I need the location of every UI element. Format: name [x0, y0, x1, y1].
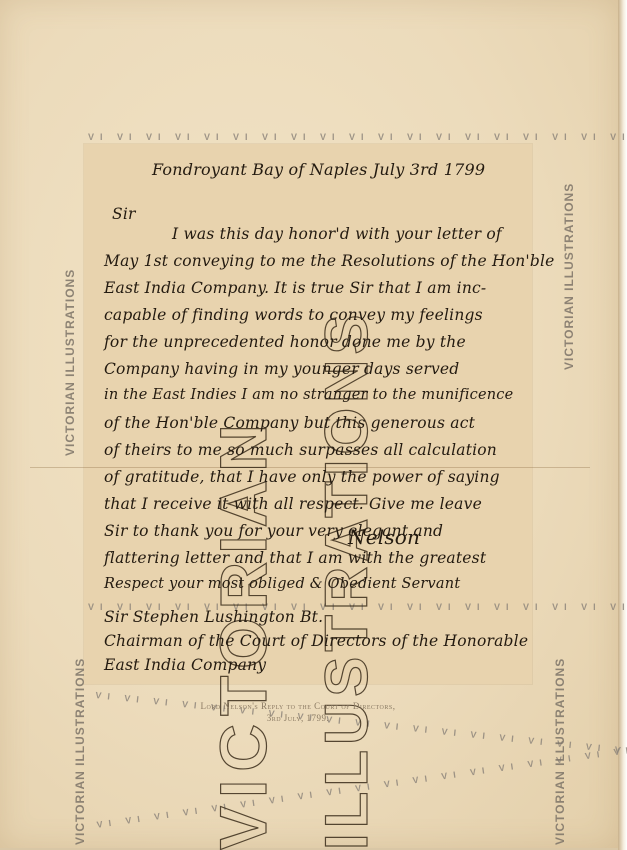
caption-line-2: 3rd July, 1799.	[178, 712, 418, 724]
printed-caption: Lord Nelson's Reply to the Court of Dire…	[178, 700, 418, 724]
letter-body-line: I was this day honor'd with your letter …	[172, 225, 502, 243]
letter-body-line: of the Hon'ble Company but this generous…	[104, 414, 475, 432]
letter-body-line: that I receive it with all respect. Give…	[104, 495, 482, 513]
letter-body-line: of gratitude, that I have only the power…	[104, 468, 500, 486]
page-edge	[618, 0, 627, 850]
letter-body-line: in the East Indies I am no stranger to t…	[104, 387, 513, 403]
letter-body-line: capable of finding words to convey my fe…	[104, 306, 483, 324]
letter-body-line: May 1st conveying to me the Resolutions …	[104, 252, 555, 270]
letter-dateline: Fondroyant Bay of Naples July 3rd 1799	[152, 160, 485, 179]
letter-body-line: Company having in my younger days served	[104, 360, 459, 378]
vi-watermark-row-top: VI VI VI VI VI VI VI VI VI VI VI VI VI V…	[88, 132, 627, 142]
letter-body-line: Respect your most obliged & Obedient Ser…	[104, 576, 460, 592]
side-watermark-right-upper: VICTORIAN ILLUSTRATIONS	[562, 183, 576, 370]
letter-salutation: Sir	[112, 205, 136, 223]
letter-signature: Nelson	[348, 525, 420, 549]
side-watermark-left-upper: VICTORIAN ILLUSTRATIONS	[63, 269, 77, 456]
letter-body-line: East India Company. It is true Sir that …	[104, 279, 486, 297]
side-watermark-left-lower: VICTORIAN ILLUSTRATIONS	[73, 658, 87, 845]
letter-addressee-line: East India Company	[104, 656, 266, 674]
letter-body-line: of theirs to me so much surpasses all ca…	[104, 441, 497, 459]
letter-body-line: flattering letter and that I am with the…	[104, 549, 486, 567]
letter-addressee-line: Sir Stephen Lushington Bt.	[104, 608, 323, 626]
side-watermark-right-lower: VICTORIAN ILLUSTRATIONS	[553, 658, 567, 845]
letter-body-line: for the unprecedented honor done me by t…	[104, 333, 466, 351]
caption-line-1: Lord Nelson's Reply to the Court of Dire…	[178, 700, 418, 712]
letter-addressee-line: Chairman of the Court of Directors of th…	[104, 632, 528, 650]
